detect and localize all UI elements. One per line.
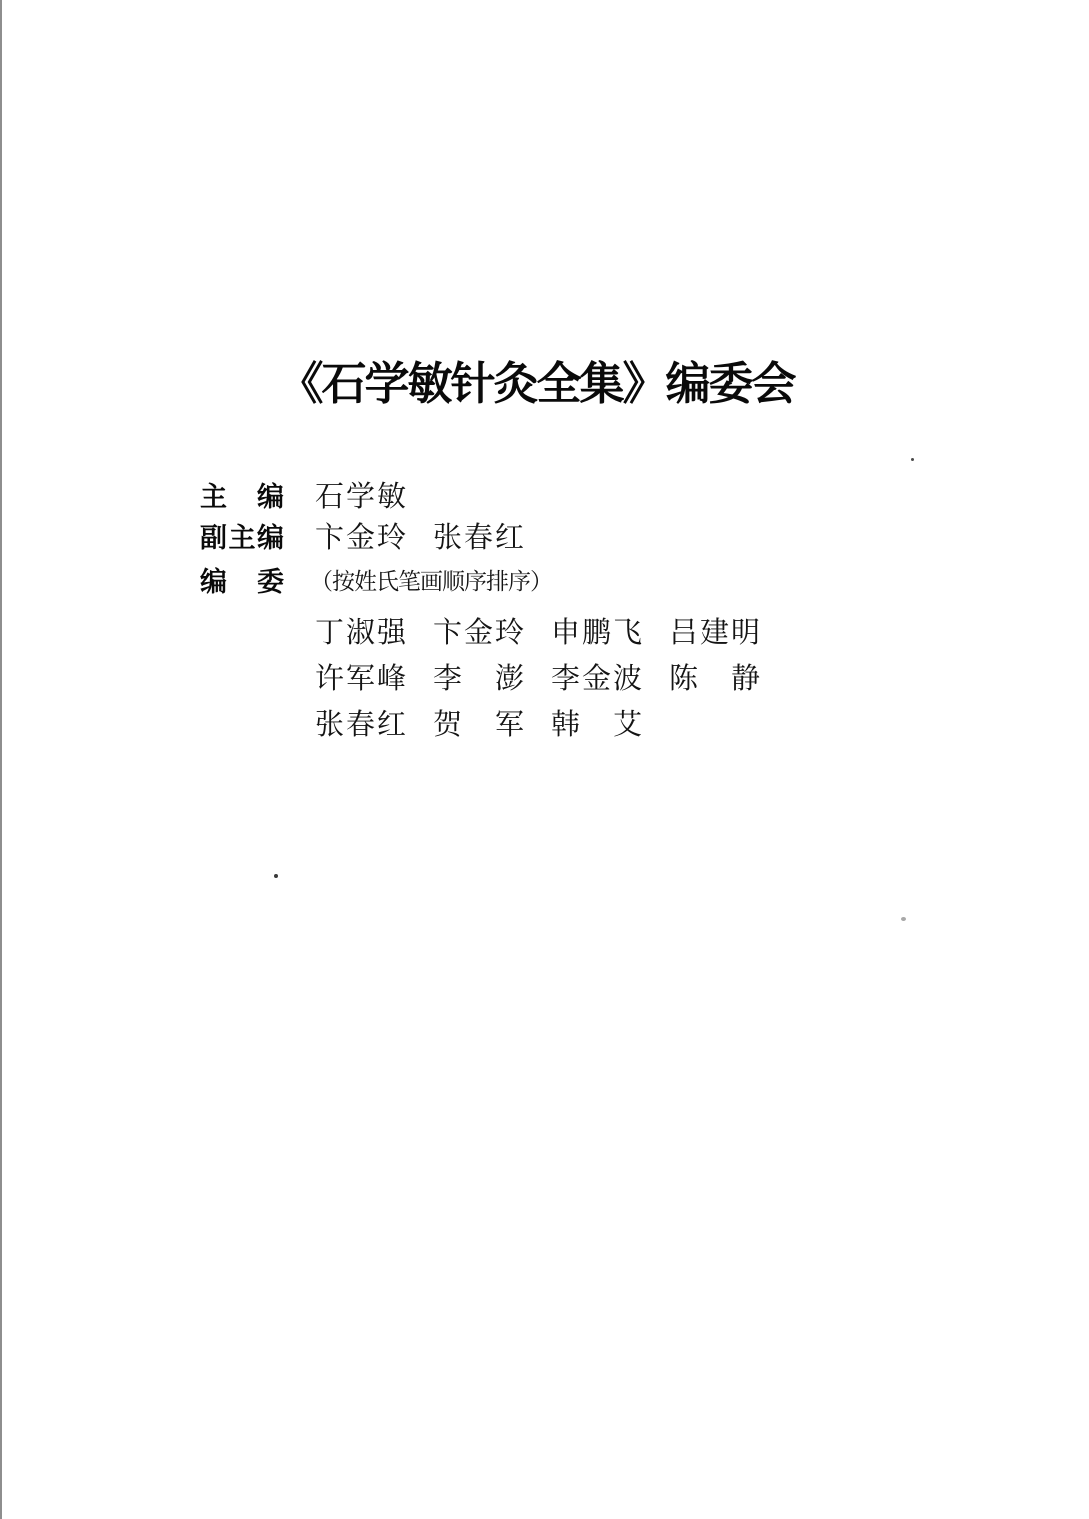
board-member-name: 韩 艾 — [551, 708, 644, 742]
chief-editor-name: 石学敏 — [315, 480, 408, 514]
board-member-name: 张春红 — [315, 708, 408, 742]
board-members-row: 许军峰 李 澎 李金波 陈 静 — [315, 662, 762, 696]
deputy-chief-editor-row: 副主编 卞金玲 张春红 — [200, 521, 286, 555]
deputy-chief-editor-label: 副主编 — [200, 521, 286, 555]
board-member-name: 贺 军 — [433, 708, 526, 742]
chief-editor-row: 主 编 石学敏 — [200, 480, 286, 514]
scan-edge-line — [0, 0, 2, 1519]
scan-speck — [274, 874, 278, 878]
board-members-row: 丁淑强 卞金玲 申鹏飞 吕建明 — [315, 616, 762, 650]
deputy-editor-name: 张春红 — [433, 521, 526, 555]
book-page: 《石学敏针灸全集》编委会 主 编 石学敏 副主编 卞金玲 张春红 编 委 （按姓… — [0, 0, 1089, 1519]
board-member-name: 陈 静 — [669, 662, 762, 696]
scan-speck — [901, 917, 906, 921]
sort-order-note: （按姓氏笔画顺序排序） — [310, 565, 552, 599]
scan-speck — [911, 458, 914, 461]
board-member-name: 许军峰 — [315, 662, 408, 696]
board-member-name: 吕建明 — [669, 616, 762, 650]
chief-editor-label: 主 编 — [200, 480, 286, 514]
editorial-board-label: 编 委 — [200, 565, 286, 599]
board-member-name: 李金波 — [551, 662, 644, 696]
board-member-name: 卞金玲 — [433, 616, 526, 650]
page-title: 《石学敏针灸全集》编委会 — [0, 356, 1081, 412]
board-members-row: 张春红 贺 军 韩 艾 — [315, 708, 644, 742]
board-member-name: 丁淑强 — [315, 616, 408, 650]
deputy-editor-name: 卞金玲 — [315, 521, 408, 555]
deputy-chief-editor-names: 卞金玲 张春红 — [315, 521, 526, 555]
board-member-name: 李 澎 — [433, 662, 526, 696]
board-member-name: 申鹏飞 — [551, 616, 644, 650]
chief-editor-names: 石学敏 — [315, 480, 408, 514]
editorial-board-row: 编 委 （按姓氏笔画顺序排序） — [200, 565, 286, 599]
